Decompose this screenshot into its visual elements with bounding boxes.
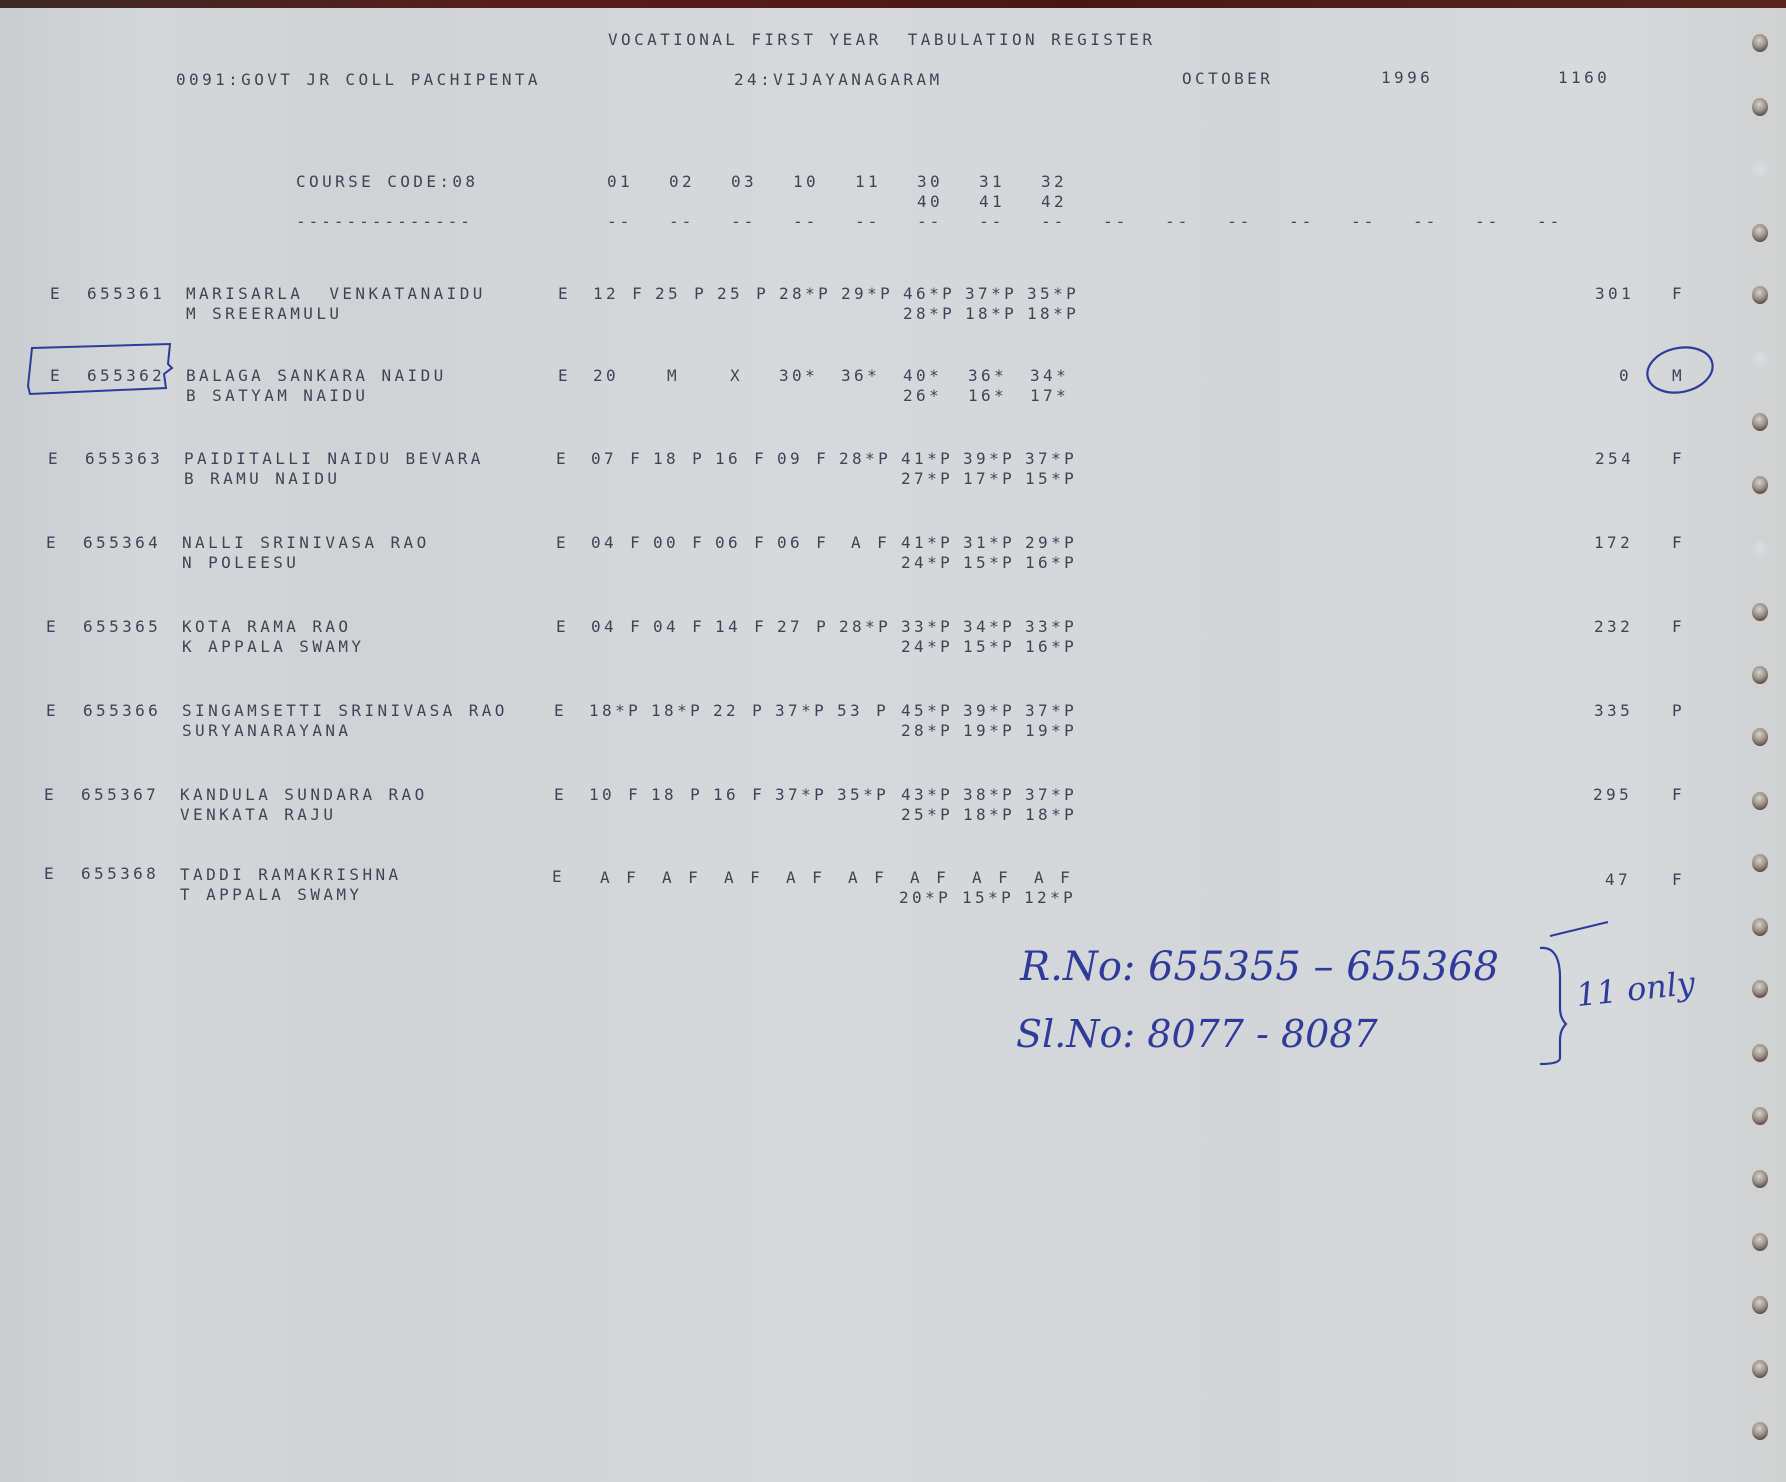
result: F bbox=[1672, 785, 1685, 805]
mark: 16*P bbox=[1025, 637, 1077, 657]
mark: 12*P bbox=[1024, 888, 1076, 908]
category: E bbox=[46, 533, 59, 553]
subject-code: 01 bbox=[607, 172, 633, 192]
mark: 31*P bbox=[963, 533, 1015, 553]
mark: 45*P bbox=[901, 701, 953, 721]
mark: 28*P bbox=[839, 449, 891, 469]
mark: 40* bbox=[903, 366, 942, 386]
mark: 25*P bbox=[901, 805, 953, 825]
subject-code: 41 bbox=[979, 192, 1005, 212]
feed-hole bbox=[1752, 1422, 1768, 1440]
medium: E bbox=[552, 867, 565, 887]
mark: 41*P bbox=[901, 533, 953, 553]
mark: 22 P bbox=[713, 701, 765, 721]
mark: 15*P bbox=[963, 637, 1015, 657]
mark: 27 P bbox=[777, 617, 829, 637]
mark: X bbox=[730, 366, 743, 386]
medium: E bbox=[554, 785, 567, 805]
roll-number: 655365 bbox=[83, 617, 161, 637]
column-dash: -- bbox=[1289, 212, 1314, 232]
page-number: 1160 bbox=[1558, 68, 1610, 88]
category: E bbox=[46, 617, 59, 637]
mark: 24*P bbox=[901, 553, 953, 573]
mark: 37*P bbox=[775, 701, 827, 721]
mark: 39*P bbox=[963, 449, 1015, 469]
mark: 30* bbox=[779, 366, 818, 386]
category: E bbox=[44, 785, 57, 805]
feed-hole bbox=[1752, 1170, 1768, 1188]
feed-hole bbox=[1752, 728, 1768, 746]
column-dash: -- bbox=[1475, 212, 1500, 232]
mark: 33*P bbox=[1025, 617, 1077, 637]
column-dash: -- bbox=[1103, 212, 1128, 232]
category: E bbox=[48, 449, 61, 469]
feed-hole bbox=[1752, 476, 1768, 494]
mark: 37*P bbox=[1025, 701, 1077, 721]
total-marks: 172 bbox=[1594, 533, 1633, 553]
feed-hole bbox=[1752, 854, 1768, 872]
roll-number: 655364 bbox=[83, 533, 161, 553]
mark: 18*P bbox=[963, 805, 1015, 825]
feed-hole bbox=[1752, 1360, 1768, 1378]
mark: 46*P bbox=[903, 284, 955, 304]
feed-hole bbox=[1752, 98, 1768, 116]
subject-code: 31 bbox=[979, 172, 1005, 192]
subject-code: 42 bbox=[1041, 192, 1067, 212]
total-marks: 47 bbox=[1605, 870, 1631, 890]
result: F bbox=[1672, 284, 1685, 304]
tabulation-sheet: VOCATIONAL FIRST YEAR TABULATION REGISTE… bbox=[0, 8, 1786, 1482]
roll-number: 655363 bbox=[85, 449, 163, 469]
mark: A F bbox=[848, 868, 887, 888]
result: F bbox=[1672, 449, 1685, 469]
mark: 29*P bbox=[1025, 533, 1077, 553]
mark: 20*P bbox=[899, 888, 951, 908]
feed-hole bbox=[1752, 792, 1768, 810]
medium: E bbox=[556, 533, 569, 553]
feed-hole bbox=[1752, 666, 1768, 684]
mark: 25 P bbox=[717, 284, 769, 304]
mark: 41*P bbox=[901, 449, 953, 469]
mark: A F bbox=[600, 868, 639, 888]
feed-hole bbox=[1752, 286, 1768, 304]
mark: 28*P bbox=[901, 721, 953, 741]
mark: 04 F bbox=[653, 617, 705, 637]
mark: 35*P bbox=[1027, 284, 1079, 304]
result: P bbox=[1672, 701, 1685, 721]
student-name: KOTA RAMA RAO bbox=[182, 617, 351, 637]
mark: 12 F bbox=[593, 284, 645, 304]
mark: 38*P bbox=[963, 785, 1015, 805]
column-dash: -- bbox=[917, 212, 942, 232]
exam-month: OCTOBER bbox=[1182, 69, 1273, 89]
student-name: SINGAMSETTI SRINIVASA RAO bbox=[182, 701, 508, 721]
category: E bbox=[46, 701, 59, 721]
mark: M bbox=[667, 366, 680, 386]
exam-year: 1996 bbox=[1381, 68, 1433, 88]
student-name: TADDI RAMAKRISHNA bbox=[180, 865, 402, 885]
mark: A F bbox=[786, 868, 825, 888]
student-name: BALAGA SANKARA NAIDU bbox=[186, 366, 447, 386]
mark: 18 P bbox=[653, 449, 705, 469]
column-dash: -- bbox=[1413, 212, 1438, 232]
mark: 09 F bbox=[777, 449, 829, 469]
mark: 18*P bbox=[1027, 304, 1079, 324]
mark: A F bbox=[1034, 868, 1073, 888]
mark: 14 F bbox=[715, 617, 767, 637]
mark: 39*P bbox=[963, 701, 1015, 721]
mark: A F bbox=[724, 868, 763, 888]
feed-hole bbox=[1752, 350, 1768, 368]
father-name: SURYANARAYANA bbox=[182, 721, 351, 741]
column-dash: -- bbox=[1537, 212, 1562, 232]
student-name: NALLI SRINIVASA RAO bbox=[182, 533, 430, 553]
result: F bbox=[1672, 533, 1685, 553]
total-marks: 0 bbox=[1619, 366, 1632, 386]
mark: 18*P bbox=[589, 701, 641, 721]
mark: 15*P bbox=[963, 553, 1015, 573]
subject-code: 03 bbox=[731, 172, 757, 192]
medium: E bbox=[556, 449, 569, 469]
mark: A F bbox=[662, 868, 701, 888]
handwritten-roll-range: R.No: 655355 – 655368 bbox=[1020, 944, 1499, 990]
total-marks: 232 bbox=[1594, 617, 1633, 637]
feed-hole bbox=[1752, 1044, 1768, 1062]
feed-hole bbox=[1752, 918, 1768, 936]
register-title: VOCATIONAL FIRST YEAR TABULATION REGISTE… bbox=[608, 30, 1155, 50]
column-dash: -- bbox=[1165, 212, 1190, 232]
mark: 24*P bbox=[901, 637, 953, 657]
medium: E bbox=[554, 701, 567, 721]
college-name: 0091:GOVT JR COLL PACHIPENTA bbox=[176, 70, 541, 90]
mark: 04 F bbox=[591, 617, 643, 637]
roll-number: 655366 bbox=[83, 701, 161, 721]
father-name: K APPALA SWAMY bbox=[182, 637, 364, 657]
mark: 16 F bbox=[715, 449, 767, 469]
feed-hole bbox=[1752, 224, 1768, 242]
mark: 18*P bbox=[651, 701, 703, 721]
feed-hole bbox=[1752, 413, 1768, 431]
mark: 29*P bbox=[841, 284, 893, 304]
subject-code: 11 bbox=[855, 172, 881, 192]
mark: 20 bbox=[593, 366, 619, 386]
mark: 15*P bbox=[962, 888, 1014, 908]
category: E bbox=[44, 864, 57, 884]
father-name: VENKATA RAJU bbox=[180, 805, 336, 825]
column-dash: -- bbox=[1227, 212, 1252, 232]
feed-hole bbox=[1752, 1107, 1768, 1125]
feed-hole bbox=[1752, 160, 1768, 178]
mark: 17* bbox=[1030, 386, 1069, 406]
mark: 00 F bbox=[653, 533, 705, 553]
mark: 34*P bbox=[963, 617, 1015, 637]
mark: 16* bbox=[968, 386, 1007, 406]
result: F bbox=[1672, 617, 1685, 637]
feed-hole bbox=[1752, 1296, 1768, 1314]
column-dash: -- bbox=[855, 212, 880, 232]
father-name: B RAMU NAIDU bbox=[184, 469, 340, 489]
medium: E bbox=[558, 366, 571, 386]
mark: 37*P bbox=[1025, 449, 1077, 469]
student-name: PAIDITALLI NAIDU BEVARA bbox=[184, 449, 484, 469]
result-circle-annotation bbox=[1640, 342, 1720, 398]
total-marks: 301 bbox=[1595, 284, 1634, 304]
mark: 18*P bbox=[1025, 805, 1077, 825]
mark: 15*P bbox=[1025, 469, 1077, 489]
roll-number-box-annotation bbox=[24, 338, 184, 400]
mark: 37*P bbox=[965, 284, 1017, 304]
total-marks: 254 bbox=[1595, 449, 1634, 469]
medium: E bbox=[558, 284, 571, 304]
mark: 06 F bbox=[715, 533, 767, 553]
student-name: MARISARLA VENKATANAIDU bbox=[186, 284, 486, 304]
mark: 28*P bbox=[903, 304, 955, 324]
feed-hole bbox=[1752, 34, 1768, 52]
medium: E bbox=[556, 617, 569, 637]
subject-code: 02 bbox=[669, 172, 695, 192]
feed-hole bbox=[1752, 603, 1768, 621]
handwritten-serial-range: Sl.No: 8077 - 8087 bbox=[1016, 1012, 1378, 1056]
mark: 26* bbox=[903, 386, 942, 406]
mark: 53 P bbox=[837, 701, 889, 721]
mark: A F bbox=[851, 533, 890, 553]
district-name: 24:VIJAYANAGARAM bbox=[734, 70, 943, 90]
mark: A F bbox=[910, 868, 949, 888]
mark: 34* bbox=[1030, 366, 1069, 386]
column-dash: -- bbox=[793, 212, 818, 232]
mark: 04 F bbox=[591, 533, 643, 553]
column-dash: -- bbox=[1041, 212, 1066, 232]
father-name: N POLEESU bbox=[182, 553, 299, 573]
column-dash: -- bbox=[1351, 212, 1376, 232]
mark: 10 F bbox=[589, 785, 641, 805]
subject-code: 40 bbox=[917, 192, 943, 212]
mark: 16*P bbox=[1025, 553, 1077, 573]
mark: 36* bbox=[841, 366, 880, 386]
mark: 07 F bbox=[591, 449, 643, 469]
mark: 35*P bbox=[837, 785, 889, 805]
mark: A F bbox=[972, 868, 1011, 888]
mark: 18 P bbox=[651, 785, 703, 805]
mark: 28*P bbox=[839, 617, 891, 637]
feed-hole bbox=[1752, 980, 1768, 998]
mark: 19*P bbox=[963, 721, 1015, 741]
mark: 27*P bbox=[901, 469, 953, 489]
mark: 06 F bbox=[777, 533, 829, 553]
column-dash: -- bbox=[731, 212, 756, 232]
mark: 33*P bbox=[901, 617, 953, 637]
result: F bbox=[1672, 870, 1685, 890]
roll-number: 655368 bbox=[81, 864, 159, 884]
mark: 19*P bbox=[1025, 721, 1077, 741]
father-name: M SREERAMULU bbox=[186, 304, 342, 324]
subject-code: 32 bbox=[1041, 172, 1067, 192]
mark: 18*P bbox=[965, 304, 1017, 324]
total-marks: 295 bbox=[1593, 785, 1632, 805]
father-name: B SATYAM NAIDU bbox=[186, 386, 368, 406]
feed-hole bbox=[1752, 1233, 1768, 1251]
total-marks: 335 bbox=[1594, 701, 1633, 721]
father-name: T APPALA SWAMY bbox=[180, 885, 362, 905]
subject-code: 30 bbox=[917, 172, 943, 192]
course-code: COURSE CODE:08 bbox=[296, 172, 478, 192]
mark: 36* bbox=[968, 366, 1007, 386]
mark: 37*P bbox=[1025, 785, 1077, 805]
mark: 37*P bbox=[775, 785, 827, 805]
feed-hole bbox=[1752, 540, 1768, 558]
student-name: KANDULA SUNDARA RAO bbox=[180, 785, 428, 805]
category: E bbox=[50, 284, 63, 304]
course-code-underline: -------------- bbox=[296, 212, 473, 232]
column-dash: -- bbox=[979, 212, 1004, 232]
column-dash: -- bbox=[607, 212, 632, 232]
mark: 43*P bbox=[901, 785, 953, 805]
subject-code: 10 bbox=[793, 172, 819, 192]
mark: 17*P bbox=[963, 469, 1015, 489]
roll-number: 655367 bbox=[81, 785, 159, 805]
mark: 28*P bbox=[779, 284, 831, 304]
column-dash: -- bbox=[669, 212, 694, 232]
mark: 16 F bbox=[713, 785, 765, 805]
mark: 25 P bbox=[655, 284, 707, 304]
roll-number: 655361 bbox=[87, 284, 165, 304]
